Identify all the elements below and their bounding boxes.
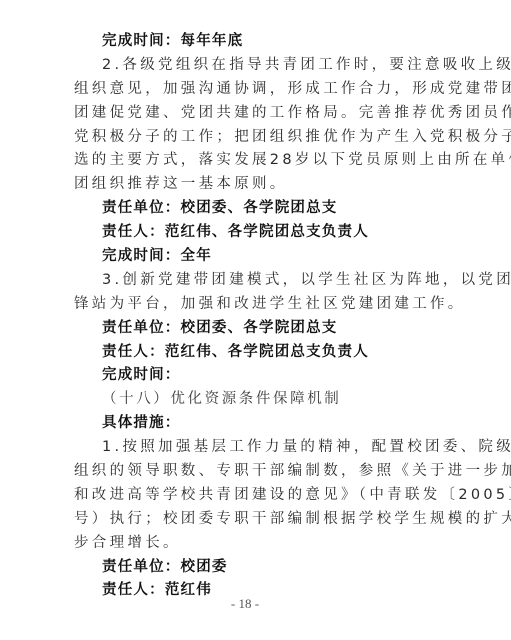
text-line: 2.各级党组织在指导共青团工作时，要注意吸收上级团 — [74, 54, 416, 78]
completion-time-line: 完成时间： — [74, 364, 416, 388]
label-key: 责任人： — [102, 344, 165, 360]
label-value: 校团委、各学院团总支 — [181, 200, 338, 216]
specific-measures-line: 具体措施： — [74, 412, 416, 436]
text-line: 组织意见，加强沟通协调，形成工作合力，形成党建带团建、 — [74, 78, 416, 102]
label-key: 完成时间： — [102, 33, 181, 49]
text-line: 团组织推荐这一基本原则。 — [74, 173, 416, 197]
label-value: 范红伟、各学院团总支负责人 — [165, 344, 369, 360]
responsible-unit-line: 责任单位：校团委、各学院团总支 — [74, 317, 416, 341]
document-page: 完成时间：每年年底 2.各级党组织在指导共青团工作时，要注意吸收上级团 组织意见… — [0, 0, 511, 640]
label-key: 责任人： — [102, 224, 165, 240]
text-line: 步合理增长。 — [74, 532, 416, 556]
label-value: 全年 — [181, 248, 212, 264]
paragraph-item-2: 2.各级党组织在指导共青团工作时，要注意吸收上级团 组织意见，加强沟通协调，形成… — [74, 54, 416, 197]
text-line: 党积极分子的工作；把团组织推优作为产生入党积极分子人 — [74, 126, 416, 150]
responsible-person-line: 责任人：范红伟、各学院团总支负责人 — [74, 341, 416, 365]
section-heading: （十八）优化资源条件保障机制 — [74, 388, 416, 412]
text-line: 锋站为平台，加强和改进学生社区党建团建工作。 — [74, 293, 416, 317]
label-value: 校团委、各学院团总支 — [181, 320, 338, 336]
text-line: 团建促党建、党团共建的工作格局。完善推荐优秀团员作入 — [74, 102, 416, 126]
text-line: 选的主要方式，落实发展28岁以下党员原则上由所在单位 — [74, 149, 416, 173]
label-key: 责任单位： — [102, 559, 181, 575]
page-content: 完成时间：每年年底 2.各级党组织在指导共青团工作时，要注意吸收上级团 组织意见… — [74, 30, 416, 603]
text-line: 组织的领导职数、专职干部编制数，参照《关于进一步加强 — [74, 460, 416, 484]
label-key: 具体措施： — [102, 415, 181, 431]
text-line: 号）执行；校团委专职干部编制根据学校学生规模的扩大同 — [74, 508, 416, 532]
label-key: 责任单位： — [102, 200, 181, 216]
completion-time-line: 完成时间：全年 — [74, 245, 416, 269]
label-value: 校团委 — [181, 559, 228, 575]
label-key: 完成时间： — [102, 248, 181, 264]
text-line: 和改进高等学校共青团建设的意见》（中青联发〔2005〕15 — [74, 484, 416, 508]
label-value: 范红伟、各学院团总支负责人 — [165, 224, 369, 240]
responsible-unit-line: 责任单位：校团委、各学院团总支 — [74, 197, 416, 221]
label-key: 责任单位： — [102, 320, 181, 336]
paragraph-item-1: 1.按照加强基层工作力量的精神，配置校团委、院级团 组织的领导职数、专职干部编制… — [74, 436, 416, 555]
text-line: 1.按照加强基层工作力量的精神，配置校团委、院级团 — [74, 436, 416, 460]
paragraph-item-3: 3.创新党建带团建模式，以学生社区为阵地，以党团先 锋站为平台，加强和改进学生社… — [74, 269, 416, 317]
completion-time-line: 完成时间：每年年底 — [74, 30, 416, 54]
page-number: - 18 - — [0, 596, 490, 612]
responsible-unit-line: 责任单位：校团委 — [74, 556, 416, 580]
label-key: 完成时间： — [102, 367, 181, 383]
label-value: 每年年底 — [181, 33, 244, 49]
responsible-person-line: 责任人：范红伟、各学院团总支负责人 — [74, 221, 416, 245]
text-line: 3.创新党建带团建模式，以学生社区为阵地，以党团先 — [74, 269, 416, 293]
